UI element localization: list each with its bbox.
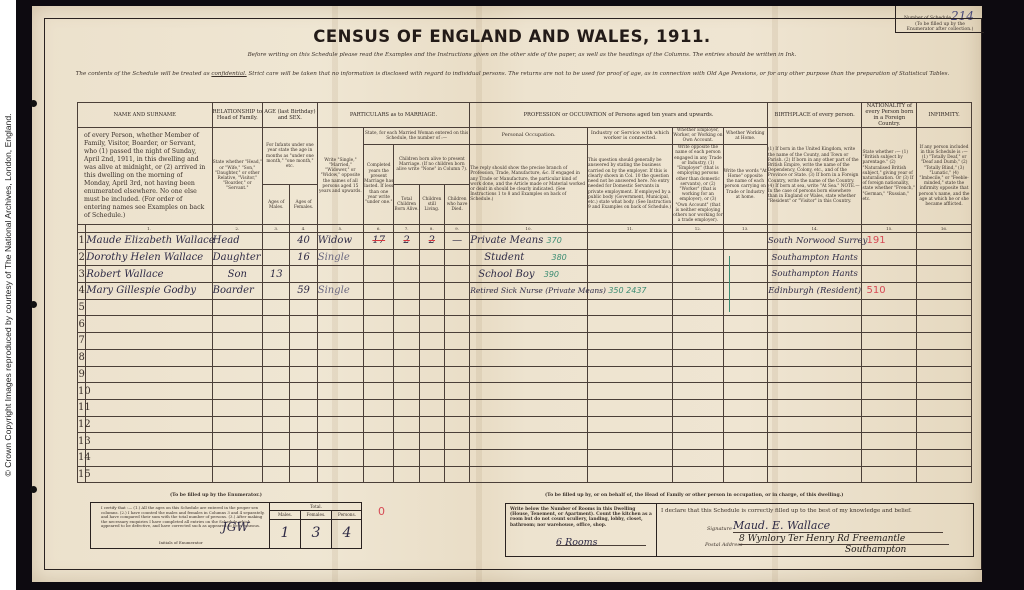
instr-personal-occ-title: Personal Occupation.: [470, 128, 588, 145]
occupation-cell: Private Means 370: [470, 233, 588, 250]
rooms-box: Write below the Number of Rooms in this …: [505, 503, 657, 557]
address-label: Postal Address: [705, 542, 742, 548]
age-male: [263, 233, 290, 250]
table-row: 9: [78, 366, 972, 383]
table-row: 7: [78, 333, 972, 350]
row-number: 13: [78, 433, 86, 450]
children-born: [394, 249, 419, 266]
birthplace: Edinburgh (Resident): [767, 283, 862, 300]
relationship: Son: [212, 266, 262, 283]
years-married: [364, 249, 394, 266]
children-living: [419, 283, 444, 300]
nationality-code: 191: [862, 233, 917, 250]
age-male: 13: [263, 266, 290, 283]
row-number: 6: [78, 316, 86, 333]
birthplace: South Norwood Surrey: [767, 233, 862, 250]
nationality-code: [862, 266, 917, 283]
instr-home-title: Whether Working at Home.: [723, 128, 767, 145]
occupation-code: 370: [547, 236, 562, 245]
person-name: Robert Wallace: [86, 266, 212, 283]
infirmity: [917, 266, 972, 283]
row-number: 7: [78, 333, 86, 350]
table-row: 5: [78, 299, 972, 316]
row-number: 15: [78, 466, 86, 483]
instr-industry-title: Industry or Service with which worker is…: [588, 128, 673, 145]
instr-employer-title: Whether Employer, Worker, or Working on …: [673, 128, 723, 145]
children-living: [419, 266, 444, 283]
enumerator-heading: (To be filled up by the Enumerator.): [170, 493, 262, 498]
header-birthplace: BIRTHPLACE of every person.: [767, 103, 862, 128]
table-row: 2 Dorothy Helen Wallace Daughter 16 Sing…: [78, 249, 972, 266]
table-row: 13: [78, 433, 972, 450]
occupation-cell: Retired Sick Nurse (Private Means) 350 2…: [470, 283, 588, 300]
enumerator-initials: JGW: [222, 520, 249, 534]
children-died: —: [444, 233, 469, 250]
occupation-cell: Student 380: [470, 249, 588, 266]
header-infirmity: INFIRMITY.: [917, 103, 972, 128]
infirmity: [917, 249, 972, 266]
occupation: Private Means: [470, 235, 543, 246]
relationship: Daughter: [212, 249, 262, 266]
row-number: 1: [78, 233, 86, 250]
instr-age: For Infants under one year state the age…: [263, 128, 318, 185]
col-number: 8.: [419, 225, 444, 233]
years-married: [364, 266, 394, 283]
row-number: 10: [78, 383, 86, 400]
total-males: 1: [270, 520, 300, 546]
marital-status: Single: [317, 283, 363, 300]
punch-hole: [30, 100, 37, 107]
header-nationality: NATIONALITY of every Person born in a Fo…: [862, 103, 917, 128]
working-at-home: [723, 233, 767, 250]
industry: [588, 233, 673, 250]
copyright-text: © Crown Copyright Images reproduced by c…: [3, 113, 13, 476]
birthplace: Southampton Hants: [767, 266, 862, 283]
red-mark: 0: [378, 505, 385, 518]
instr-years-married: Completed years the present Marriage has…: [364, 144, 394, 224]
instr-marital: Write "Single," "Married," "Widower," or…: [317, 128, 363, 225]
punch-hole: [30, 301, 37, 308]
punch-hole: [30, 486, 37, 493]
copyright-credit: © Crown Copyright Images reproduced by c…: [0, 0, 16, 590]
instr-children: Children born alive to present Marriage.…: [394, 144, 470, 185]
table-row: 12: [78, 416, 972, 433]
instr-died: Children who have Died.: [444, 185, 469, 225]
table-row: 15: [78, 466, 972, 483]
instr-birthplace: (1) If born in the United Kingdom, write…: [767, 128, 862, 225]
occupation-cell: School Boy 390: [470, 266, 588, 283]
industry: [588, 266, 673, 283]
row-number: 8: [78, 349, 86, 366]
instr-employer: Write opposite the name of each person e…: [673, 144, 723, 224]
children-born: [394, 283, 419, 300]
employer-status: [673, 266, 723, 283]
table-row: 6: [78, 316, 972, 333]
row-number: 3: [78, 266, 86, 283]
col-number: 4.: [290, 225, 317, 233]
total-females-cell: Females. 3: [300, 511, 331, 549]
infirmity: [917, 233, 972, 250]
industry: [588, 249, 673, 266]
col-number: 5.: [317, 225, 363, 233]
green-check-mark: [729, 256, 730, 312]
years-married: 17: [364, 233, 394, 250]
children-born: [394, 266, 419, 283]
children-living: [419, 249, 444, 266]
employer-status: [673, 283, 723, 300]
header-marriage: PARTICULARS as to MARRIAGE.: [317, 103, 469, 128]
col-number: 3.: [263, 225, 290, 233]
address-line-2: Southampton: [845, 545, 906, 555]
employer-status: [673, 249, 723, 266]
children-died: [444, 249, 469, 266]
row-number: 2: [78, 249, 86, 266]
signature-label: Signature: [707, 526, 732, 532]
column-number-row: 1. 2. 3. 4. 5. 6. 7. 8. 9. 10. 11. 12. 1…: [78, 225, 972, 233]
females-label: Females.: [301, 511, 331, 520]
table-row: 10: [78, 383, 972, 400]
children-died: [444, 266, 469, 283]
total-males-cell: Males. 1: [270, 511, 300, 549]
age-female: 40: [290, 233, 317, 250]
children-born: 2: [394, 233, 419, 250]
birthplace: Southampton Hants: [767, 249, 862, 266]
total-label: Total.: [270, 503, 362, 511]
instr-industry: This question should generally be answer…: [588, 144, 673, 224]
initials-label: Initials of Enumerator: [159, 541, 203, 546]
instr-ages-females: Ages of Females.: [290, 185, 317, 225]
employer-status: [673, 233, 723, 250]
row-number: 11: [78, 399, 86, 416]
marital-status: [317, 266, 363, 283]
occupation: Student: [470, 252, 524, 263]
occupation-code: 350 2437: [608, 286, 646, 295]
rooms-count: 6 Rooms: [556, 540, 646, 546]
person-name: Mary Gillespie Godby: [86, 283, 212, 300]
males-label: Males.: [270, 511, 300, 520]
row-number: 12: [78, 416, 86, 433]
total-females: 3: [301, 520, 331, 546]
instr-ages-males: Ages of Males.: [263, 185, 290, 225]
instr-relationship: State whether "Head," or "Wife," "Son," …: [212, 128, 262, 225]
instr-nationality: State whether :— (1) "British subject by…: [862, 128, 917, 225]
declaration-text: I declare that this Schedule is correctl…: [661, 508, 912, 514]
instr-married-woman: State, for each Married Woman entered on…: [364, 128, 470, 145]
person-name: Maude Elizabeth Wallace: [86, 233, 212, 250]
table-row: 4 Mary Gillespie Godby Boarder 59 Single…: [78, 283, 972, 300]
header-age: AGE (last Birthday) and SEX.: [263, 103, 318, 128]
age-male: [263, 283, 290, 300]
relationship: Head: [212, 233, 262, 250]
instr-still-living: Children still Living.: [419, 185, 444, 225]
totals-box: Total. Males. 1 Females. 3 Persons. 4: [269, 503, 362, 548]
person-name: Dorothy Helen Wallace: [86, 249, 212, 266]
declaration-box: I declare that this Schedule is correctl…: [655, 503, 974, 557]
instr-home: Write the words "At Home" opposite the n…: [723, 144, 767, 224]
occupation-code: 380: [528, 253, 567, 262]
col-number: 16.: [917, 225, 972, 233]
children-died: [444, 283, 469, 300]
rooms-instruction: Write below the Number of Rooms in this …: [510, 507, 652, 528]
census-table: NAME AND SURNAME RELATIONSHIP to Head of…: [77, 102, 972, 483]
signature: Maud. E. Wallace: [733, 519, 943, 533]
header-name: NAME AND SURNAME: [78, 103, 213, 128]
header-relationship: RELATIONSHIP to Head of Family.: [212, 103, 262, 128]
address-line-1: 8 Wynlory Ter Henry Rd Freemantle: [739, 534, 949, 545]
occupation: Retired Sick Nurse (Private Means): [470, 286, 606, 295]
col-number: 7.: [394, 225, 419, 233]
col-number: 13.: [723, 225, 767, 233]
occupation: School Boy: [470, 269, 534, 280]
occupation-code: 390: [538, 270, 559, 279]
age-male: [263, 249, 290, 266]
persons-label: Persons.: [332, 511, 362, 520]
nationality-code: [862, 249, 917, 266]
row-number: 14: [78, 449, 86, 466]
children-living: 2: [419, 233, 444, 250]
household-heading: (To be filled up by, or on behalf of, th…: [545, 493, 843, 498]
instr-personal-occ: The reply should show the precise branch…: [470, 144, 588, 224]
table-row: 11: [78, 399, 972, 416]
header-profession: PROFESSION or OCCUPATION of Persons aged…: [470, 103, 768, 128]
infirmity: [917, 283, 972, 300]
total-persons-cell: Persons. 4: [331, 511, 362, 549]
col-number: 10.: [470, 225, 588, 233]
row-number: 4: [78, 283, 86, 300]
col-number: 11.: [588, 225, 673, 233]
table-row: 8: [78, 349, 972, 366]
col-number: 15.: [862, 225, 917, 233]
col-number: 1.: [86, 225, 212, 233]
age-female: 59: [290, 283, 317, 300]
marital-status: Single: [317, 249, 363, 266]
total-persons: 4: [332, 520, 362, 546]
nationality-code: 510: [862, 283, 917, 300]
instr-infirmity: If any person included in this Schedule …: [917, 128, 972, 225]
table-row: 1 Maude Elizabeth Wallace Head 40 Widow …: [78, 233, 972, 250]
col-number: 9.: [444, 225, 469, 233]
row-number: 9: [78, 366, 86, 383]
marital-status: Widow: [317, 233, 363, 250]
table-row: 3 Robert Wallace Son 13 School Boy 390 S…: [78, 266, 972, 283]
years-married: [364, 283, 394, 300]
col-number: 14.: [767, 225, 862, 233]
col-number: 2.: [212, 225, 262, 233]
instr-name: of every Person, whether Member of Famil…: [78, 128, 213, 225]
col-number: 12.: [673, 225, 723, 233]
table-row: 14: [78, 449, 972, 466]
row-number: 5: [78, 299, 86, 316]
col-number: 6.: [364, 225, 394, 233]
age-female: [290, 266, 317, 283]
instr-total-born: Total Children Born Alive.: [394, 185, 419, 225]
relationship: Boarder: [212, 283, 262, 300]
age-female: 16: [290, 249, 317, 266]
